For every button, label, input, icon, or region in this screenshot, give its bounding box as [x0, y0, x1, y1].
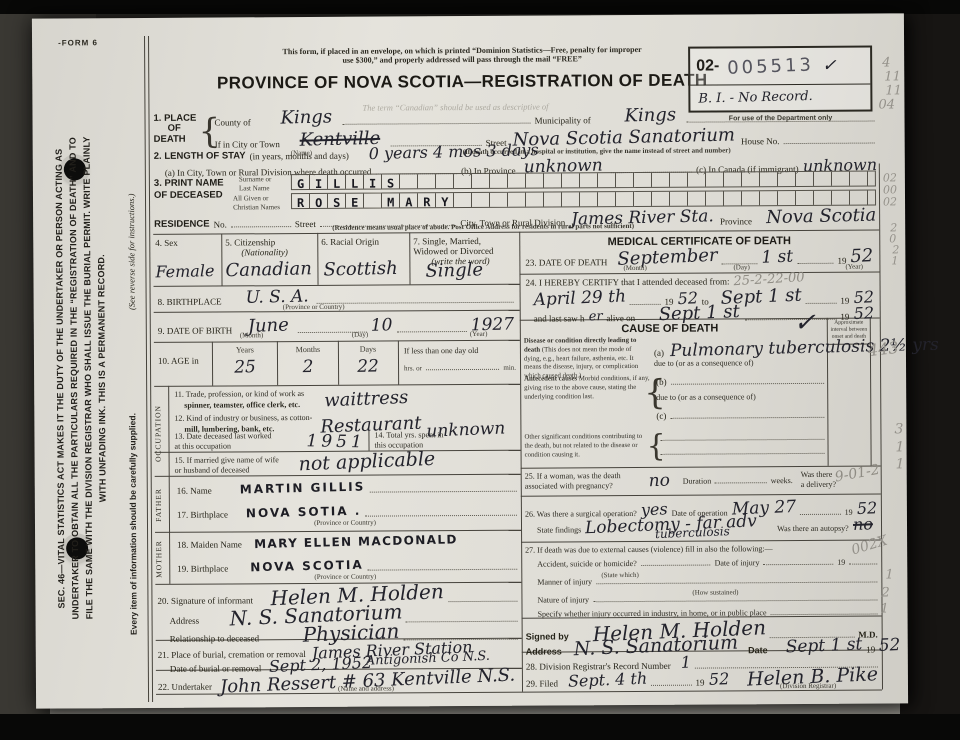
given-caption-line1: All Given or: [233, 194, 280, 203]
racial-origin-label: 6. Racial Origin: [321, 236, 407, 247]
citizenship-value: Canadian: [225, 260, 312, 280]
margin-pencil-marks: 4 11 11 04 02 00 02 2 0 2 1 443 3 1 1 00…: [32, 13, 904, 18]
father-name-value: MARTIN GILLIS: [240, 480, 366, 497]
nature-line: Nature of injury: [537, 594, 877, 605]
scan-black-band-top: [0, 0, 960, 14]
accident-label: Accident, suicide or homicide?: [537, 559, 637, 569]
field13-label: 13. Date deceased last worked at this oc…: [174, 431, 271, 452]
age-hrs-min-line: hrs. or min.: [404, 364, 516, 373]
given-names-caption: All Given or Christian Names: [233, 194, 280, 212]
cause-c-line: (c): [656, 410, 824, 421]
manner-line: Manner of injury: [537, 576, 877, 587]
relationship-label: Relationship to deceased: [170, 633, 260, 644]
delivery-label-line1: Was there: [801, 470, 836, 481]
informant-label: 20. Signature of informant: [157, 595, 253, 606]
pencil-mark: 002X: [850, 533, 890, 559]
weeks-label: weeks.: [771, 476, 793, 485]
field1-county-line: County of Kings Municipality of Kings: [214, 106, 874, 128]
mother-birthplace-label: 19. Birthplace: [177, 563, 228, 573]
cause-of-death-title: CAUSE OF DEATH: [520, 322, 820, 336]
findings-label: State findings: [537, 525, 581, 534]
pencil-mark: 1: [891, 254, 898, 267]
father-section-label: FATHER: [154, 480, 166, 530]
pencil-mark: 02: [883, 195, 897, 208]
findings-value2: tuberculosis: [655, 525, 730, 540]
last-seen-line: and last saw h er alive on Sept 1 st 19 …: [534, 304, 874, 324]
pencil-mark: 04: [878, 97, 895, 112]
burial-date-label: Date of burial or removal: [170, 663, 262, 674]
field1-heading-line3: DEATH: [154, 135, 197, 146]
certificate-paper: SEC. 46—VITAL STATISTICS ACT MAKES IT TH…: [32, 13, 908, 708]
alive-on-label: alive on: [606, 313, 635, 323]
field17-line: 17. Birthplace NOVA SOTIA .: [177, 504, 517, 520]
birthplace-label: 8. BIRTHPLACE: [158, 297, 222, 307]
dob-day-caption: (Day): [352, 331, 368, 339]
manner-label: Manner of injury: [537, 577, 592, 586]
undertaker-label: 22. Undertaker: [158, 682, 212, 692]
cause-a-label: (a): [654, 348, 664, 358]
cause-b-line: (b): [656, 376, 824, 387]
field13-label-line2: at this occupation: [174, 442, 271, 453]
autopsy-label: Was there an autopsy?: [777, 524, 849, 533]
form-number-label: -FORM 6: [58, 38, 98, 47]
stamp-checkmark-icon: ✓: [822, 57, 837, 74]
pencil-mark: 11: [884, 69, 901, 84]
field27-label: 27. If death was due to external causes …: [525, 544, 773, 555]
dob-day-value: 10: [371, 317, 393, 335]
death-year-caption: (Year): [845, 263, 863, 271]
field23-line: 23. DATE OF DEATH September 1 st 19 52: [525, 248, 873, 268]
pencil-mark: 1: [885, 567, 893, 582]
field1-heading: 1. PLACE OF DEATH: [153, 114, 196, 146]
field7-marital-cell: 7. Single, Married, Widowed or Divorced …: [413, 236, 517, 283]
surname-letter-boxes: GILLIS: [291, 171, 876, 191]
field25-label-line2: associated with pregnancy?: [525, 481, 621, 492]
attended-label: 24. I HEREBY CERTIFY that I attended dec…: [525, 276, 729, 287]
field18-line: 18. Maiden Name MARY ELLEN MACDONALD: [177, 534, 517, 550]
age-min-label: min.: [503, 364, 516, 372]
sex-label: 4. Sex: [155, 238, 219, 248]
citizenship-label: 5. Citizenship: [225, 237, 315, 248]
nature-label: Nature of injury: [537, 595, 589, 604]
undertaker-caption: (Name and address): [266, 684, 466, 693]
field25-label-line1: 25. If a woman, was the death: [525, 471, 621, 482]
pencil-mark: 1: [896, 456, 905, 472]
pregnancy-value: no: [648, 472, 670, 490]
stamp-serial-number: 005513: [727, 54, 815, 79]
filed-year-value: 52: [708, 671, 729, 688]
mother-name-label: 18. Maiden Name: [177, 539, 242, 549]
field15-label-line2: or husband of deceased: [175, 466, 279, 477]
father-birthplace-label: 17. Birthplace: [177, 509, 228, 519]
field12-label-line1: 12. Kind of industry or business, as cot…: [174, 413, 312, 425]
other-conditions-rule1: [660, 438, 824, 441]
spouse-value: not applicable: [298, 450, 435, 475]
racial-origin-value: Scottish: [323, 260, 398, 280]
date-of-death-label: 23. DATE OF DEATH: [525, 257, 607, 268]
house-no-label: House No.: [741, 136, 780, 146]
municipality-label: Municipality of: [535, 115, 591, 125]
county-label: County of: [215, 117, 251, 127]
other-conditions-rule2: [661, 452, 825, 455]
injury-date-label: Date of injury: [715, 558, 760, 567]
total-years-value: unknown: [426, 420, 506, 440]
field11-label-line2: spinner, teamster, office clerk, etc.: [174, 400, 304, 412]
death-month-caption: (Month): [623, 264, 646, 272]
field25-label: 25. If a woman, was the death associated…: [525, 471, 621, 492]
antecedent-label-bold: Antecedent causes: [524, 375, 577, 382]
field16-line: 16. Name MARTIN GILLIS: [177, 480, 517, 496]
pencil-mark: 4: [882, 55, 890, 70]
pencil-mark: 1: [895, 439, 904, 455]
scanned-death-certificate: SEC. 46—VITAL STATISTICS ACT MAKES IT TH…: [0, 0, 960, 740]
mother-section-label: MOTHER: [154, 536, 166, 582]
county-value: Kings: [281, 108, 333, 127]
municipality-value: Kings: [625, 106, 677, 125]
surname-caption-line2: Last Name: [239, 184, 272, 193]
cause-due2-label: due to (or as a consequence of): [656, 392, 756, 402]
field3-heading-line2: OF DECEASED: [154, 190, 224, 203]
age-days-caption: Days: [340, 344, 396, 353]
death-day-value: 1 st: [761, 248, 793, 266]
dob-month-caption: (Month): [240, 331, 263, 339]
age-days-value: 22: [340, 358, 396, 376]
last-saw-label: and last saw h: [534, 313, 585, 323]
birthplace-caption: (Province or Country): [234, 302, 394, 311]
field15-label-line1: 15. If married give name of wife: [175, 455, 279, 466]
antecedent-label: Antecedent causes Morbid conditions, if …: [524, 375, 650, 402]
dob-year-caption: (Year): [470, 330, 488, 338]
given-names-value: ROSE MARY: [297, 195, 459, 210]
duration-line: Duration weeks.: [683, 476, 793, 486]
cause-checkmark: ✓: [794, 310, 816, 336]
last-saw-her: er: [588, 310, 602, 324]
father-birthplace-caption: (Province or Country): [265, 518, 425, 527]
cause-c-label: (c): [656, 411, 666, 421]
field5-citizenship-cell: 5. Citizenship (Nationality) Canadian: [225, 237, 315, 284]
field3-heading-line1: 3. PRINT NAME: [154, 178, 224, 191]
age-years-value: 25: [214, 359, 276, 377]
stamp-bi-note: B. I. - No Record.: [698, 90, 813, 106]
citizenship-sublabel: (Nationality): [225, 247, 315, 258]
age-years-caption: Years: [214, 345, 276, 354]
form-rules: [32, 13, 904, 18]
filed-label: 29. Filed: [526, 678, 558, 688]
pencil-mark: 11: [885, 83, 902, 98]
field4-sex-cell: 4. Sex Female: [155, 238, 219, 284]
department-stamp-box: 02- 005513 ✓ B. I. - No Record.: [688, 46, 872, 113]
accident-line: Accident, suicide or homicide? Date of i…: [537, 558, 877, 569]
division-registrar-caption: (Division Registrar): [780, 682, 836, 690]
trade-value: waittress: [324, 389, 409, 410]
field11-label-line1: 11. Trade, profession, or kind of work a…: [174, 389, 304, 401]
mail-notice: This form, if placed in an envelope, on …: [182, 44, 742, 65]
father-name-label: 16. Name: [177, 486, 212, 496]
sidebar-every-item-note: Every item of information should be care…: [127, 374, 143, 674]
marital-label-line1: 7. Single, Married,: [413, 236, 517, 247]
surname-caption: Surname or Last Name: [239, 175, 272, 193]
stamp-code: 02-: [696, 57, 719, 75]
field6-racial-origin-cell: 6. Racial Origin Scottish: [321, 236, 407, 283]
marital-label-line2: Widowed or Divorced: [413, 246, 517, 257]
cause-b-label: (b): [656, 377, 667, 387]
field11-label: 11. Trade, profession, or kind of work a…: [174, 389, 304, 411]
injury-year-prefix: 19: [837, 558, 845, 567]
pencil-mark: 1: [880, 601, 888, 616]
sex-value: Female: [155, 263, 214, 280]
page-title: PROVINCE OF NOVA SCOTIA—REGISTRATION OF …: [182, 70, 742, 93]
field9-line: 9. DATE OF BIRTH June 10 1927: [158, 316, 514, 336]
surname-caption-line1: Surname or: [239, 175, 272, 184]
field3-heading: 3. PRINT NAME OF DECEASED: [154, 178, 224, 203]
marital-value: Single: [425, 261, 483, 280]
age-months-value: 2: [279, 358, 337, 376]
duration-label: Duration: [683, 477, 711, 486]
delivery-label: Was there a delivery?: [801, 470, 836, 491]
pencil-mark: 3: [894, 421, 903, 437]
signed-year-value: 52: [879, 637, 901, 655]
sidebar-statute-text: SEC. 46—VITAL STATISTICS ACT MAKES IT TH…: [53, 136, 122, 620]
cause-a-line: (a) Pulmonary tuberculosis 2½ yrs: [654, 340, 824, 358]
scan-black-band-bottom: [0, 714, 960, 740]
surname-value: GILLIS: [297, 176, 405, 191]
sidebar-see-reverse-note: (See reverse side for instructions.): [126, 136, 141, 368]
dob-label: 9. DATE OF BIRTH: [158, 325, 233, 335]
pencil-mark: 443: [867, 338, 899, 360]
age-months-caption: Months: [279, 345, 337, 354]
pencil-mark: 2: [881, 585, 889, 600]
field15-label: 15. If married give name of wife or husb…: [175, 455, 279, 476]
occupation-section-label: OCCUPATION: [153, 390, 166, 478]
age-label: 10. AGE in: [158, 356, 199, 366]
field19-line: 19. Birthplace NOVA SCOTIA: [177, 558, 517, 574]
death-day-caption: (Day): [733, 263, 749, 271]
last-worked-value: 1951: [306, 433, 366, 451]
last-seen-date-value: Sept 1 st: [659, 303, 741, 324]
field13-label-line1: 13. Date deceased last worked: [174, 431, 271, 442]
cause-due1-label: due to (or as a consequence of): [654, 358, 754, 368]
delivery-label-line2: a delivery?: [801, 480, 836, 491]
mother-name-value: MARY ELLEN MACDONALD: [254, 532, 458, 551]
autopsy-value: no: [852, 516, 873, 533]
age-less-than-day-label: If less than one day old: [404, 346, 478, 355]
other-conditions-label: Other significant conditions contributin…: [524, 433, 650, 460]
filed-date-value: Sept. 4 th: [568, 671, 648, 690]
age-hrs-label: hrs. or: [404, 364, 422, 372]
other-conditions-brace: {: [646, 429, 665, 464]
filed-year-prefix: 19: [696, 678, 705, 688]
